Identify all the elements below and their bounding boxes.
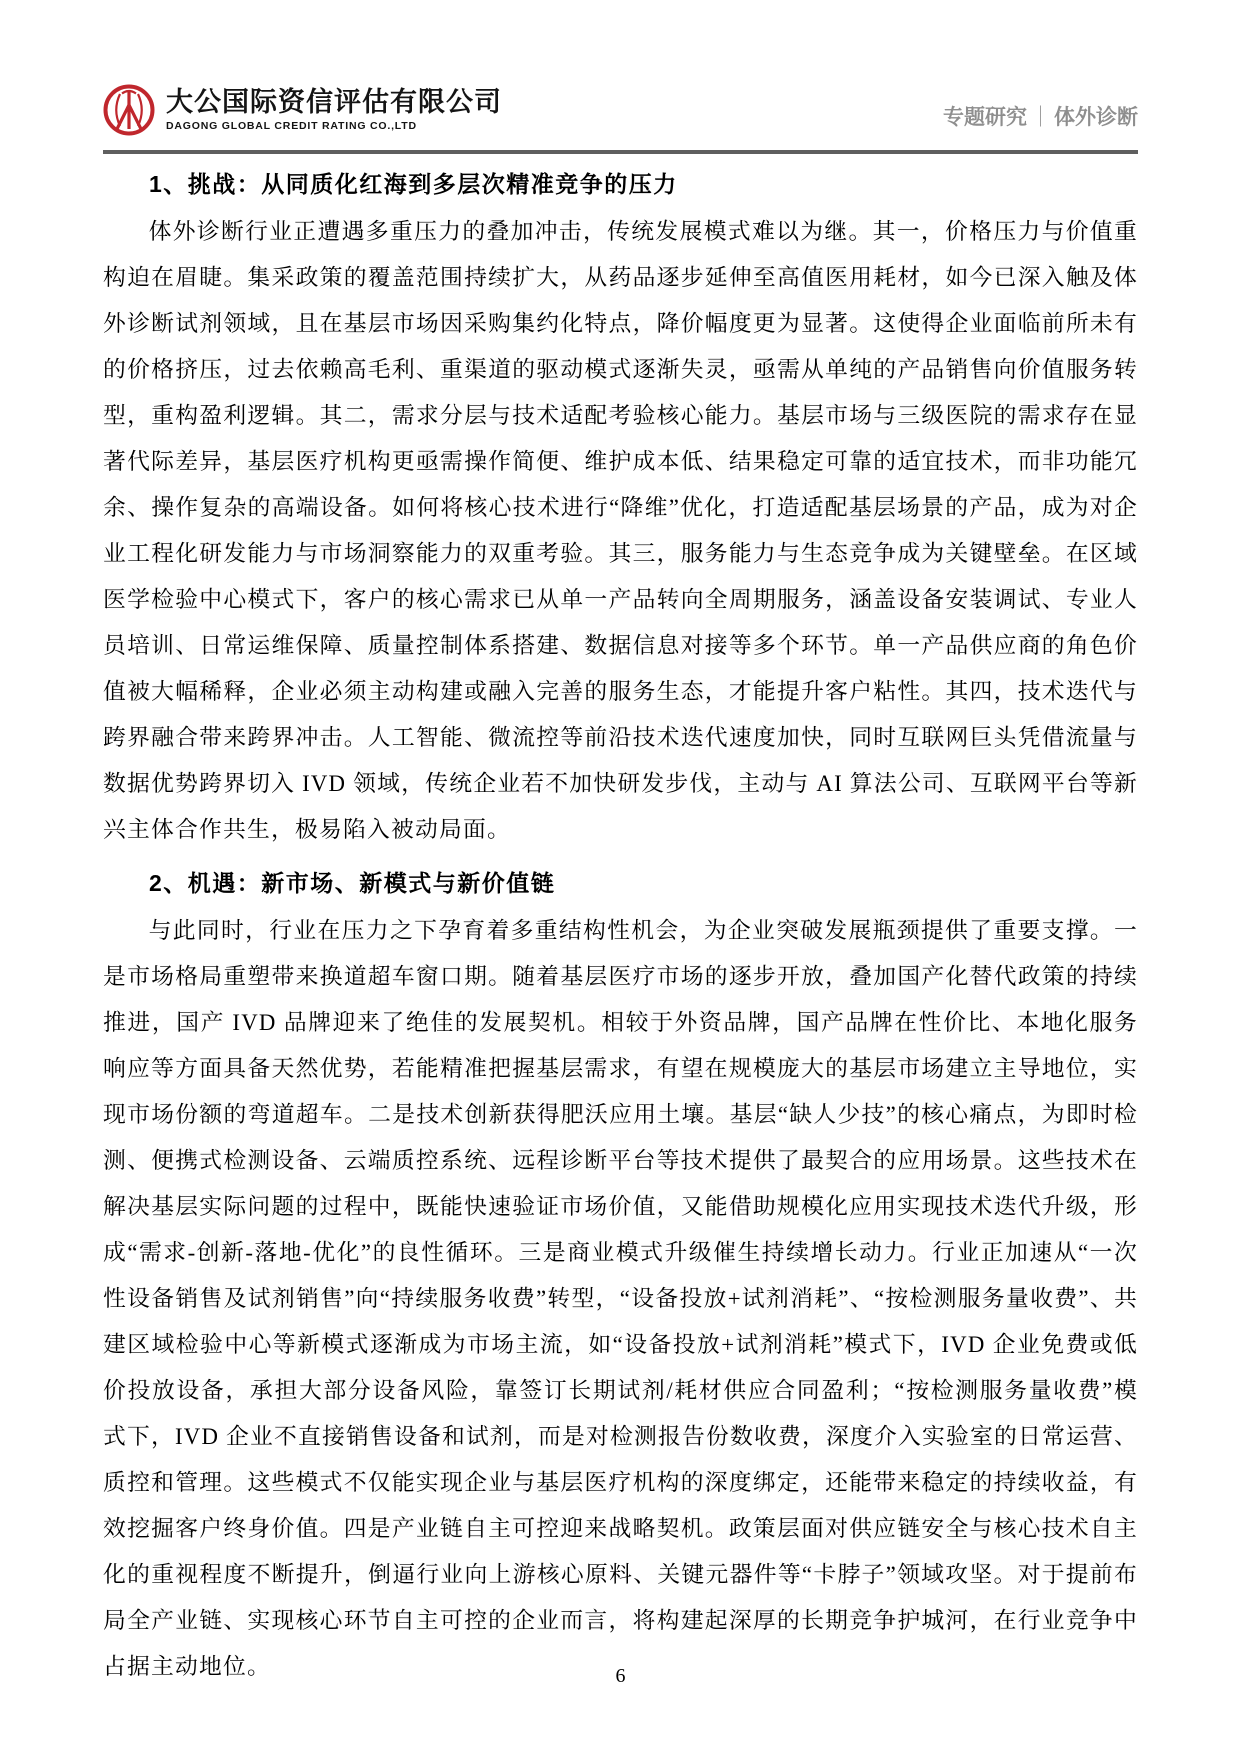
section-1-title: 从同质化红海到多层次精准竞争的压力	[261, 171, 678, 197]
brand-text: 大公国际资信评估有限公司 DAGONG GLOBAL CREDIT RATING…	[166, 88, 502, 132]
header-divider	[103, 150, 1138, 154]
report-body: 1、挑战：从同质化红海到多层次精准竞争的压力 体外诊断行业正遭遇多重压力的叠加冲…	[103, 167, 1138, 1690]
section-2-label: 2、机遇：	[149, 870, 261, 896]
dagong-logo-icon	[103, 84, 155, 136]
document-page: 大公国际资信评估有限公司 DAGONG GLOBAL CREDIT RATING…	[0, 0, 1241, 1754]
report-tag: 专题研究｜体外诊断	[943, 101, 1138, 136]
section-1-heading: 1、挑战：从同质化红海到多层次精准竞争的压力	[103, 167, 1138, 201]
section-1-label: 1、挑战：	[149, 171, 261, 197]
brand: 大公国际资信评估有限公司 DAGONG GLOBAL CREDIT RATING…	[103, 84, 502, 136]
company-name-en: DAGONG GLOBAL CREDIT RATING CO.,LTD	[166, 120, 502, 132]
page-header: 大公国际资信评估有限公司 DAGONG GLOBAL CREDIT RATING…	[103, 0, 1138, 136]
page-footer: 6	[0, 1665, 1241, 1688]
company-name-cn: 大公国际资信评估有限公司	[166, 88, 502, 116]
section-2-heading: 2、机遇：新市场、新模式与新价值链	[103, 866, 1138, 900]
report-topic-label: 体外诊断	[1054, 106, 1138, 129]
page-number: 6	[616, 1665, 626, 1687]
section-2-paragraph: 与此同时，行业在压力之下孕育着多重结构性机会，为企业突破发展瓶颈提供了重要支撑。…	[103, 908, 1138, 1690]
section-1-paragraph: 体外诊断行业正遭遇多重压力的叠加冲击，传统发展模式难以为继。其一，价格压力与价值…	[103, 209, 1138, 853]
report-type-label: 专题研究	[943, 106, 1027, 129]
tag-separator: ｜	[1030, 106, 1051, 129]
section-2-title: 新市场、新模式与新价值链	[261, 870, 555, 896]
